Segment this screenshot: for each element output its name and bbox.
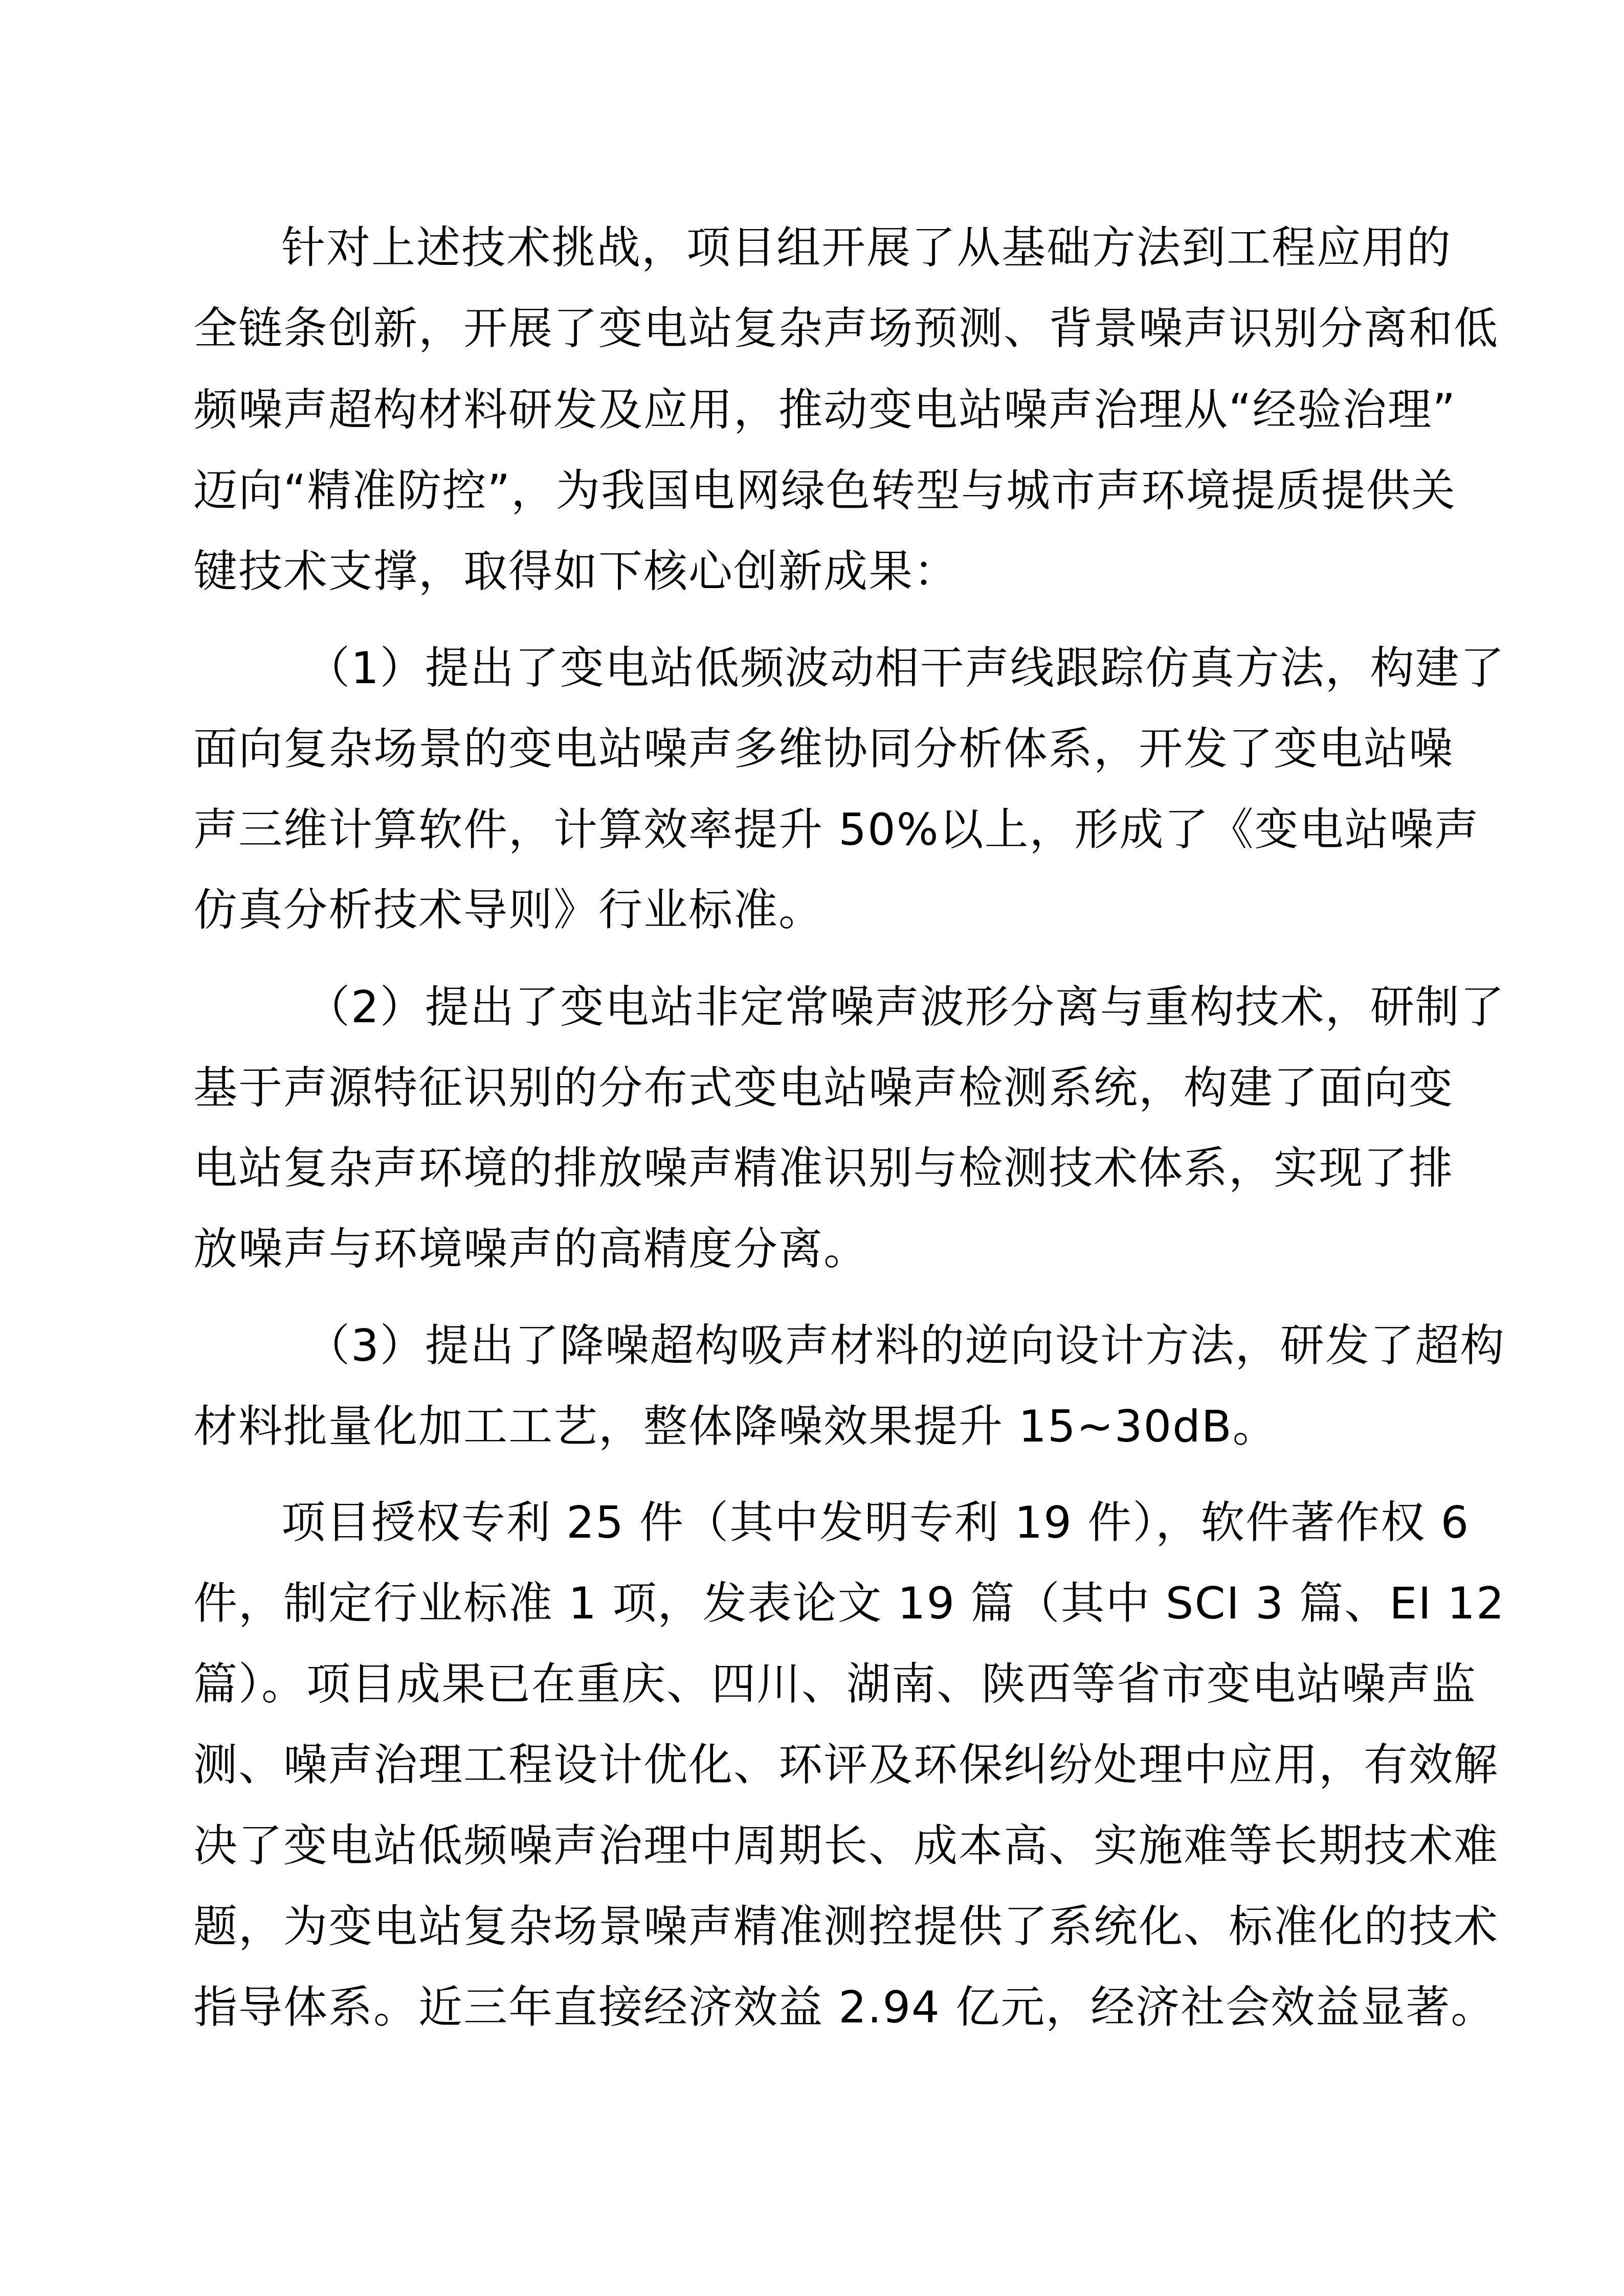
outcomes-line-2: 件，制定行业标准 1 项，发表论文 19 篇（其中 SCI 3 篇、EI 12 <box>193 1573 1505 1634</box>
intro-line-4: 迈向“精准防控”，为我国电网绿色转型与城市声环境提质提供关 <box>193 460 1456 522</box>
item1-line-2: 面向复杂场景的变电站噪声多维协同分析体系，开发了变电站噪 <box>193 718 1454 780</box>
intro-line-5: 键技术支撑，取得如下核心创新成果： <box>193 541 959 602</box>
outcomes-line-1: 项目授权专利 25 件（其中发明专利 19 件），软件著作权 6 <box>281 1492 1470 1554</box>
item2-line-4: 放噪声与环境噪声的高精度分离。 <box>193 1219 869 1280</box>
outcomes-line-3: 篇）。项目成果已在重庆、四川、湖南、陕西等省市变电站噪声监 <box>193 1654 1477 1715</box>
item2-line-1: （2）提出了变电站非定常噪声波形分离与重构技术，研制了 <box>306 977 1505 1038</box>
intro-line-2: 全链条创新，开展了变电站复杂声场预测、背景噪声识别分离和低 <box>193 298 1499 359</box>
intro-line-3: 频噪声超构材料研发及应用，推动变电站噪声治理从“经验治理” <box>193 379 1456 441</box>
outcomes-line-5: 决了变电站低频噪声治理中周期长、成本高、实施难等长期技术难 <box>193 1815 1499 1877</box>
item3-line-2: 材料批量化加工工艺，整体降噪效果提升 15~30dB。 <box>193 1396 1278 1457</box>
item1-line-3: 声三维计算软件，计算效率提升 50%以上，形成了《变电站噪声 <box>193 799 1479 861</box>
outcomes-line-7: 指导体系。近三年直接经济效益 2.94 亿元，经济社会效益显著。 <box>193 1977 1496 2038</box>
outcomes-line-4: 测、噪声治理工程设计优化、环评及环保纠纷处理中应用，有效解 <box>193 1735 1499 1796</box>
item1-line-4: 仿真分析技术导则》行业标准。 <box>193 880 824 941</box>
item2-line-2: 基于声源特征识别的分布式变电站噪声检测系统，构建了面向变 <box>193 1057 1454 1119</box>
item1-line-1: （1）提出了变电站低频波动相干声线跟踪仿真方法，构建了 <box>306 638 1505 699</box>
item2-line-3: 电站复杂声环境的排放噪声精准识别与检测技术体系，实现了排 <box>193 1138 1454 1199</box>
outcomes-line-6: 题，为变电站复杂场景噪声精准测控提供了系统化、标准化的技术 <box>193 1896 1499 1957</box>
intro-line-1: 针对上述技术挑战，项目组开展了从基础方法到工程应用的 <box>281 217 1452 279</box>
item3-line-1: （3）提出了降噪超构吸声材料的逆向设计方法，研发了超构 <box>306 1315 1505 1377</box>
